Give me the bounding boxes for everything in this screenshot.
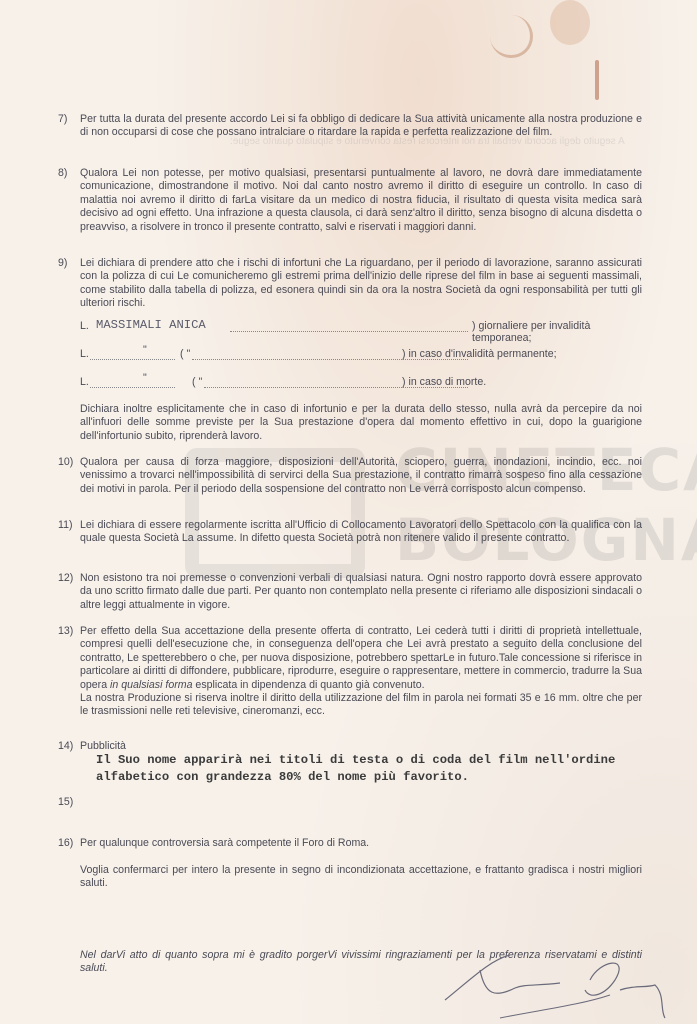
clause-number: 10) [58,456,73,469]
clause-10: 10) Qualora per causa di forza maggiore,… [58,456,642,496]
clause-text-paragraph: La nostra Produzione si riserva inoltre … [80,692,642,719]
clause-text: Non esistono tra noi premesse o convenzi… [80,572,642,612]
signature-icon [440,950,670,1020]
clause-16: 16) Per qualunque controversia sarà comp… [58,837,642,850]
clause-8: 8) Qualora Lei non potesse, per motivo q… [58,167,642,234]
clause-12: 12) Non esistono tra noi premesse o conv… [58,572,642,612]
row-description: ) giornaliere per invalidità temporanea; [472,320,640,344]
clause-number: 15) [58,796,73,809]
dotted-line [90,376,175,388]
clause-number: 11) [58,519,73,532]
closing-paragraph: Voglia confermarci per intero la present… [80,864,642,891]
stain [550,0,590,45]
dotted-line [90,348,175,360]
insurance-row-death: L. " ( " ) in caso di morte. [80,376,640,392]
ditto-paren: ( " [180,348,190,360]
currency-label: L. [80,320,89,332]
clause-number: 13) [58,625,73,638]
row-description: ) in caso di morte. [402,376,486,388]
currency-label: L. [80,348,89,360]
clause-text: Lei dichiara di prendere atto che i risc… [80,257,642,311]
stain [490,15,533,58]
clause-13: 13) Per effetto della Sua accettazione d… [58,625,642,719]
amount-typed: MASSIMALI ANICA [96,317,206,334]
clause-text: Qualora Lei non potesse, per motivo qual… [80,167,642,234]
clause-14: 14) Pubblicità Il Suo nome apparirà nei … [58,740,642,786]
clause-text-part: esplicata in dipendenza di quanto già co… [192,679,424,691]
stain [595,60,599,100]
clause-number: 9) [58,257,67,270]
clause-number: 8) [58,167,67,180]
clause-text: Lei dichiara di essere regolarmente iscr… [80,519,642,546]
clause-9: 9) Lei dichiara di prendere atto che i r… [58,257,642,311]
clause-number: 14) [58,740,73,753]
ditto-mark: " [143,344,147,356]
ditto-paren: ( " [192,376,202,388]
clause-title: Pubblicità [80,740,642,753]
clause-number: 7) [58,113,67,126]
clause-text: Per qualunque controversia sarà competen… [80,837,642,850]
insurance-row-permanent: L. " ( " ) in caso d'invalidità permanen… [80,348,640,364]
dotted-line [230,320,468,332]
clause-text: Per tutta la durata del presente accordo… [80,113,642,140]
typed-publicity-text: Il Suo nome apparirà nei titoli di testa… [96,752,616,786]
clause-text: Per effetto della Sua accettazione della… [80,625,642,719]
clause-text-italic: in qualsiasi forma [110,679,192,691]
clause-7: 7) Per tutta la durata del presente acco… [58,113,642,140]
clause-number: 16) [58,837,73,850]
clause-number: 12) [58,572,73,585]
currency-label: L. [80,376,89,388]
clause-text: Qualora per causa di forza maggiore, dis… [80,456,642,496]
ditto-mark: " [143,372,147,384]
insurance-row-temporary: L. MASSIMALI ANICA ) giornaliere per inv… [80,320,640,336]
row-description: ) in caso d'invalidità permanente; [402,348,557,360]
document-page: A seguito degli accordi verbali tra noi … [0,0,697,1024]
clause-11: 11) Lei dichiara di essere regolarmente … [58,519,642,546]
insurance-declaration: Dichiara inoltre esplicitamente che in c… [80,403,642,443]
